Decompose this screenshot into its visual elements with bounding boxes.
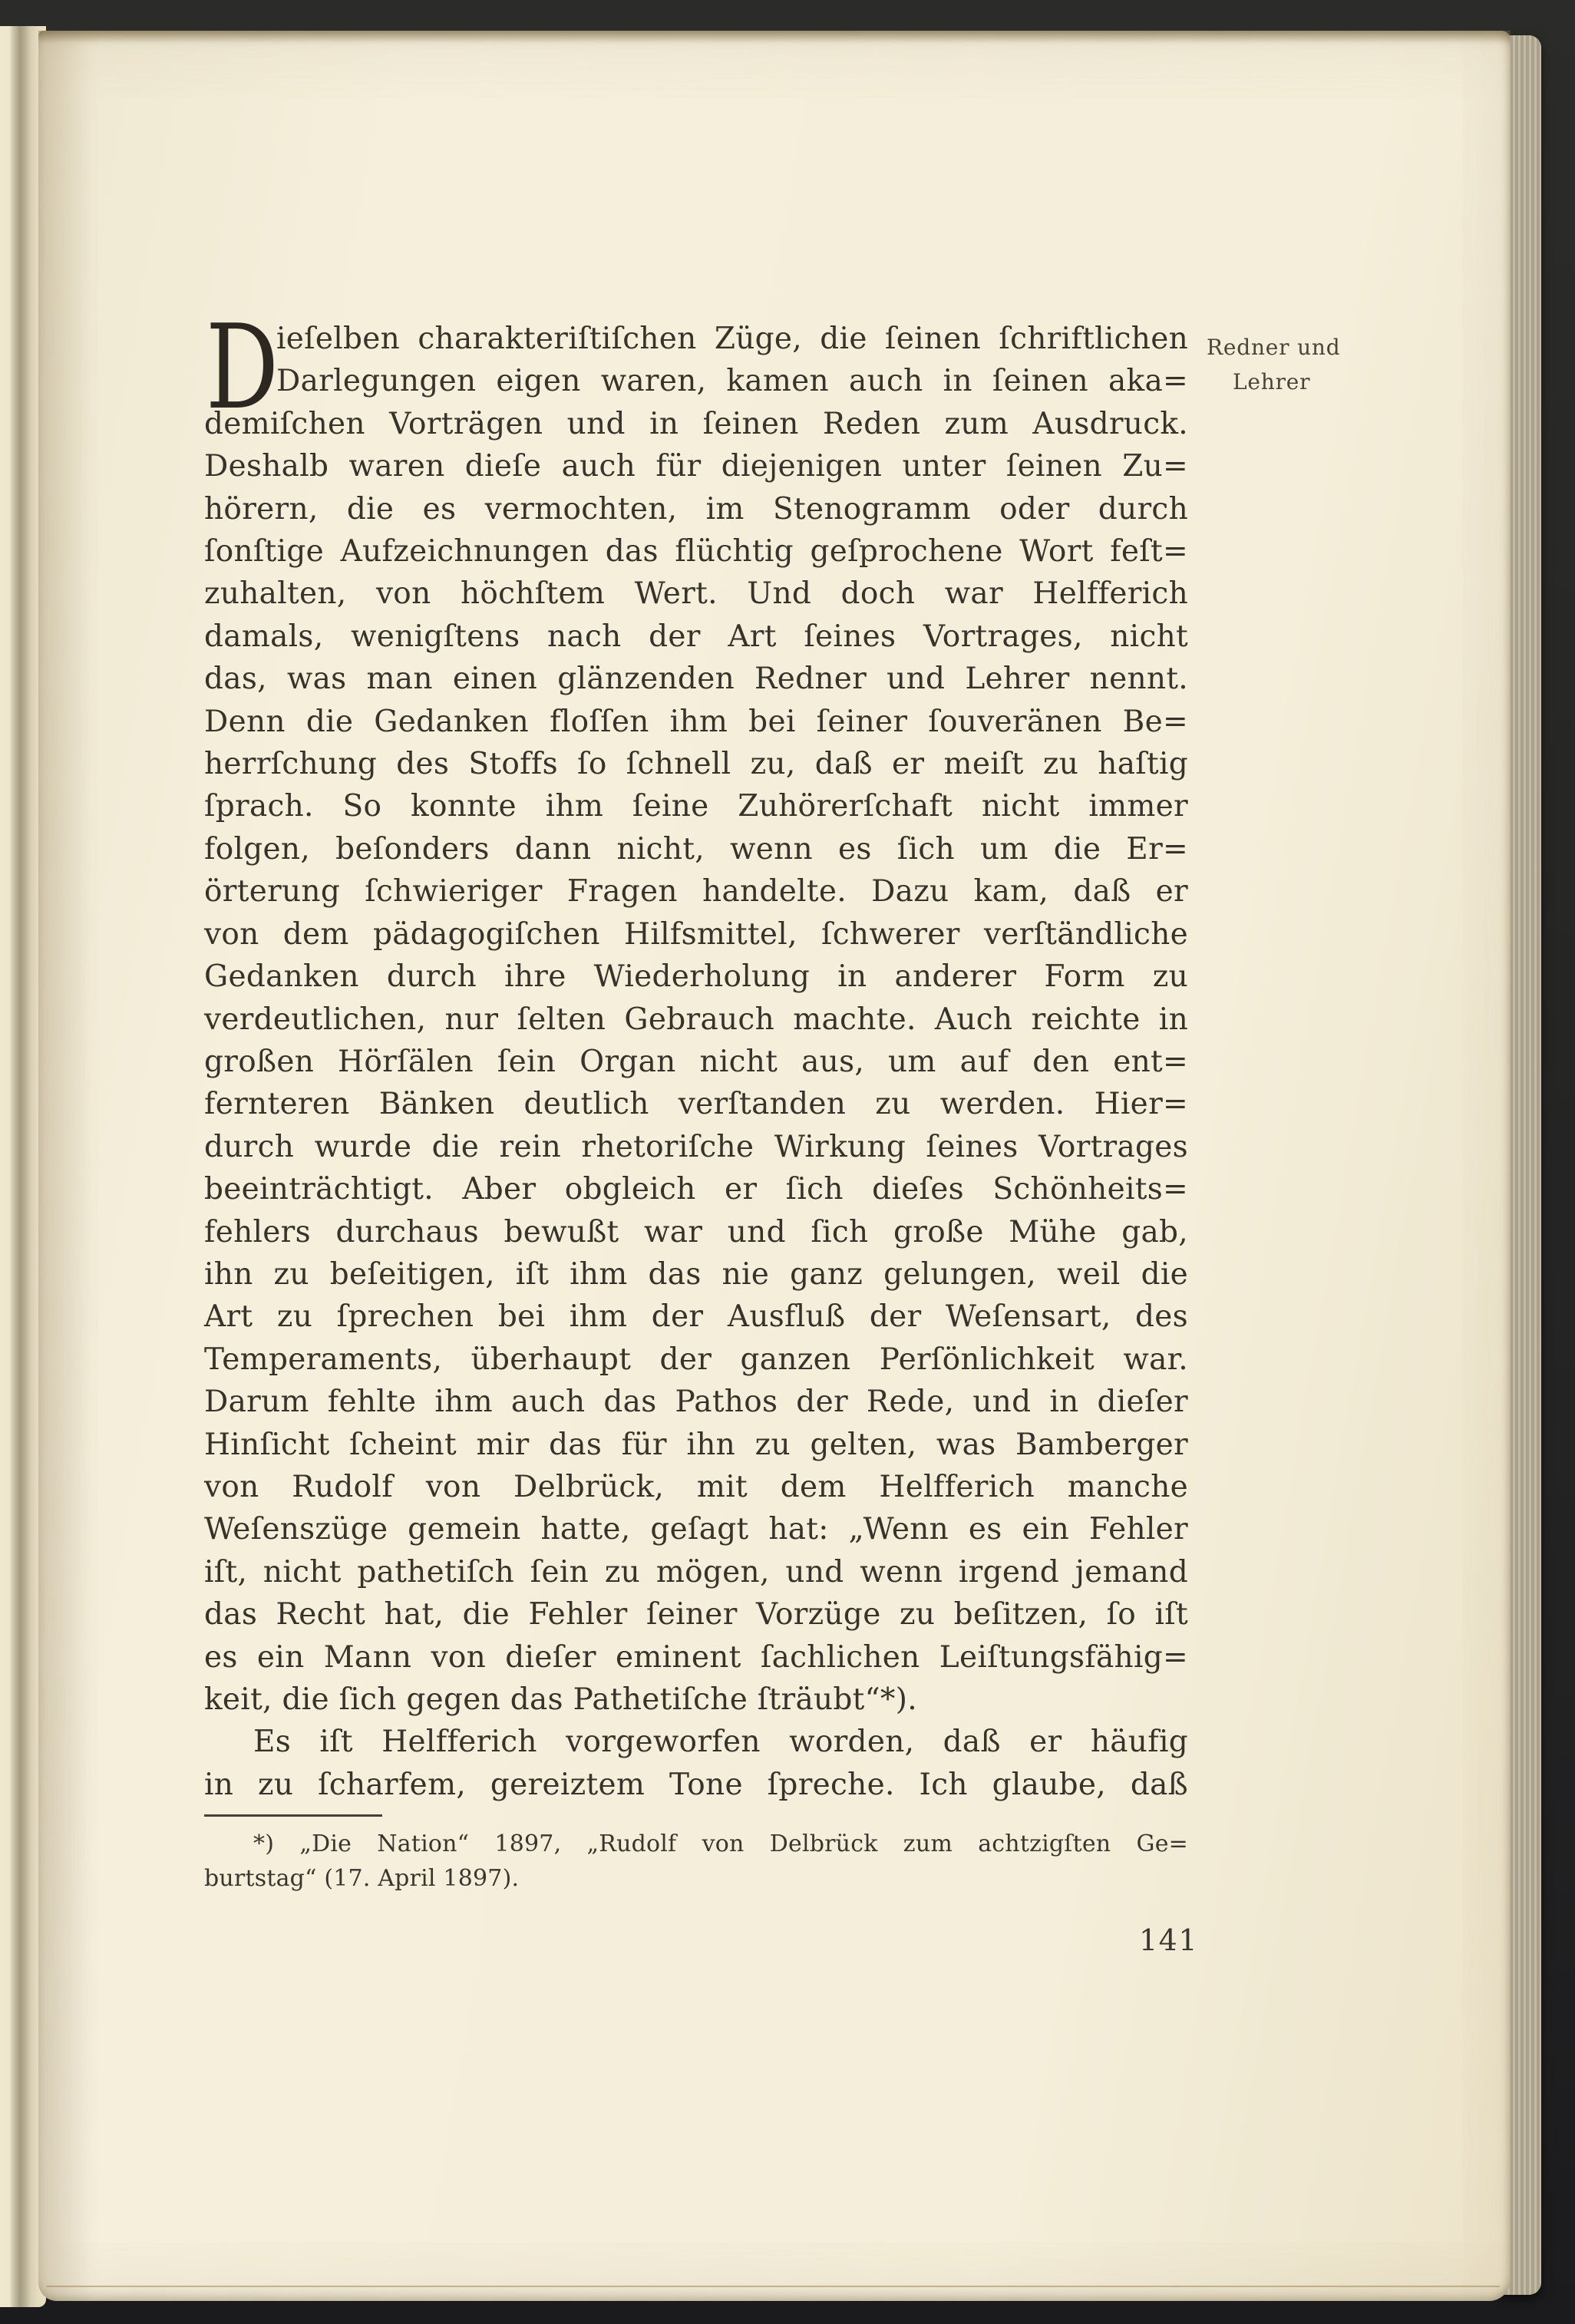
margin-note-line: Lehrer — [1233, 365, 1383, 399]
text-line: iſt, nicht pathetiſch ſein zu mögen, und… — [204, 1551, 1188, 1593]
text-line: es ein Mann von dieſer eminent ſachliche… — [204, 1636, 1188, 1679]
text-line: durch wurde die rein rhetoriſche Wirkung… — [204, 1126, 1188, 1168]
footnote-line: *) „Die Nation“ 1897, „Rudolf von Delbrü… — [204, 1827, 1188, 1861]
text-line: Es iſt Helfferich vorgeworfen worden, da… — [204, 1721, 1188, 1763]
text-line: fehlers durchaus bewußt war und ſich gro… — [204, 1211, 1188, 1253]
text-line: damals, wenigſtens nach der Art ſeines V… — [204, 616, 1188, 658]
text-line: großen Hörſälen ſein Organ nicht aus, um… — [204, 1041, 1188, 1083]
text-line: folgen, beſonders dann nicht, wenn es ſi… — [204, 828, 1188, 870]
text-line: verdeutlichen, nur ſelten Gebrauch macht… — [204, 999, 1188, 1041]
text-line: von dem pädagogiſchen Hilfsmittel, ſchwe… — [204, 913, 1188, 956]
margin-note-line: Redner und — [1207, 330, 1383, 365]
text-line: örterung ſchwieriger Fragen handelte. Da… — [204, 870, 1188, 913]
footnote-rule — [204, 1814, 382, 1817]
text-line: herrſchung des Stoffs ſo ſchnell zu, daß… — [204, 743, 1188, 785]
text-line: Temperaments, überhaupt der ganzen Perſö… — [204, 1339, 1188, 1381]
text-line: ieſelben charakteriſtiſchen Züge, die ſe… — [204, 318, 1188, 360]
text-line: Darum fehlte ihm auch das Pathos der Red… — [204, 1381, 1188, 1423]
text-line: beeinträchtigt. Aber obgleich er ſich di… — [204, 1168, 1188, 1210]
drop-cap: D — [206, 309, 279, 426]
paragraph-opening: D ieſelben charakteriſtiſchen Züge, die … — [204, 318, 1188, 403]
text-line: Hinſicht ſcheint mir das für ihn zu gelt… — [204, 1424, 1188, 1466]
text-line: Denn die Gedanken floſſen ihm bei ſeiner… — [204, 701, 1188, 743]
text-line: ſonſtige Aufzeichnungen das flüchtig geſ… — [204, 530, 1188, 573]
book-scan-photo: Redner und Lehrer D ieſelben charakteriſ… — [0, 0, 1575, 2324]
text-line: das Recht hat, die Fehler ſeiner Vorzüge… — [204, 1593, 1188, 1636]
text-line: keit, die ſich gegen das Pathetiſche ſtr… — [204, 1679, 1188, 1721]
text-line: ihn zu beſeitigen, iſt ihm das nie ganz … — [204, 1253, 1188, 1296]
text-line: Art zu ſprechen bei ihm der Ausfluß der … — [204, 1296, 1188, 1338]
text-line: ſprach. So konnte ihm ſeine Zuhörerſchaf… — [204, 785, 1188, 827]
text-line: zuhalten, von höchſtem Wert. Und doch wa… — [204, 573, 1188, 615]
text-line: Weſenszüge gemein hatte, geſagt hat: „We… — [204, 1508, 1188, 1550]
footnote: *) „Die Nation“ 1897, „Rudolf von Delbrü… — [204, 1827, 1188, 1896]
text-line: das, was man einen glänzenden Redner und… — [204, 658, 1188, 700]
margin-note: Redner und Lehrer — [1207, 330, 1383, 399]
text-line: in zu ſcharfem, gereiztem Tone ſpreche. … — [204, 1764, 1188, 1806]
text-line: von Rudolf von Delbrück, mit dem Helffer… — [204, 1466, 1188, 1508]
footnote-line: burtstag“ (17. April 1897). — [204, 1861, 1188, 1896]
text-line: hörern, die es vermochten, im Stenogramm… — [204, 488, 1188, 530]
text-line: Darlegungen eigen waren, kamen auch in ſ… — [204, 360, 1188, 402]
body-text: D ieſelben charakteriſtiſchen Züge, die … — [204, 318, 1188, 1806]
text-line: Gedanken durch ihre Wiederholung in ande… — [204, 956, 1188, 998]
text-line: demiſchen Vorträgen und in ſeinen Reden … — [204, 403, 1188, 445]
text-line: Deshalb waren dieſe auch für diejenigen … — [204, 445, 1188, 487]
page-number: 141 — [1139, 1923, 1198, 1957]
text-line: fernteren Bänken deutlich verſtanden zu … — [204, 1083, 1188, 1125]
